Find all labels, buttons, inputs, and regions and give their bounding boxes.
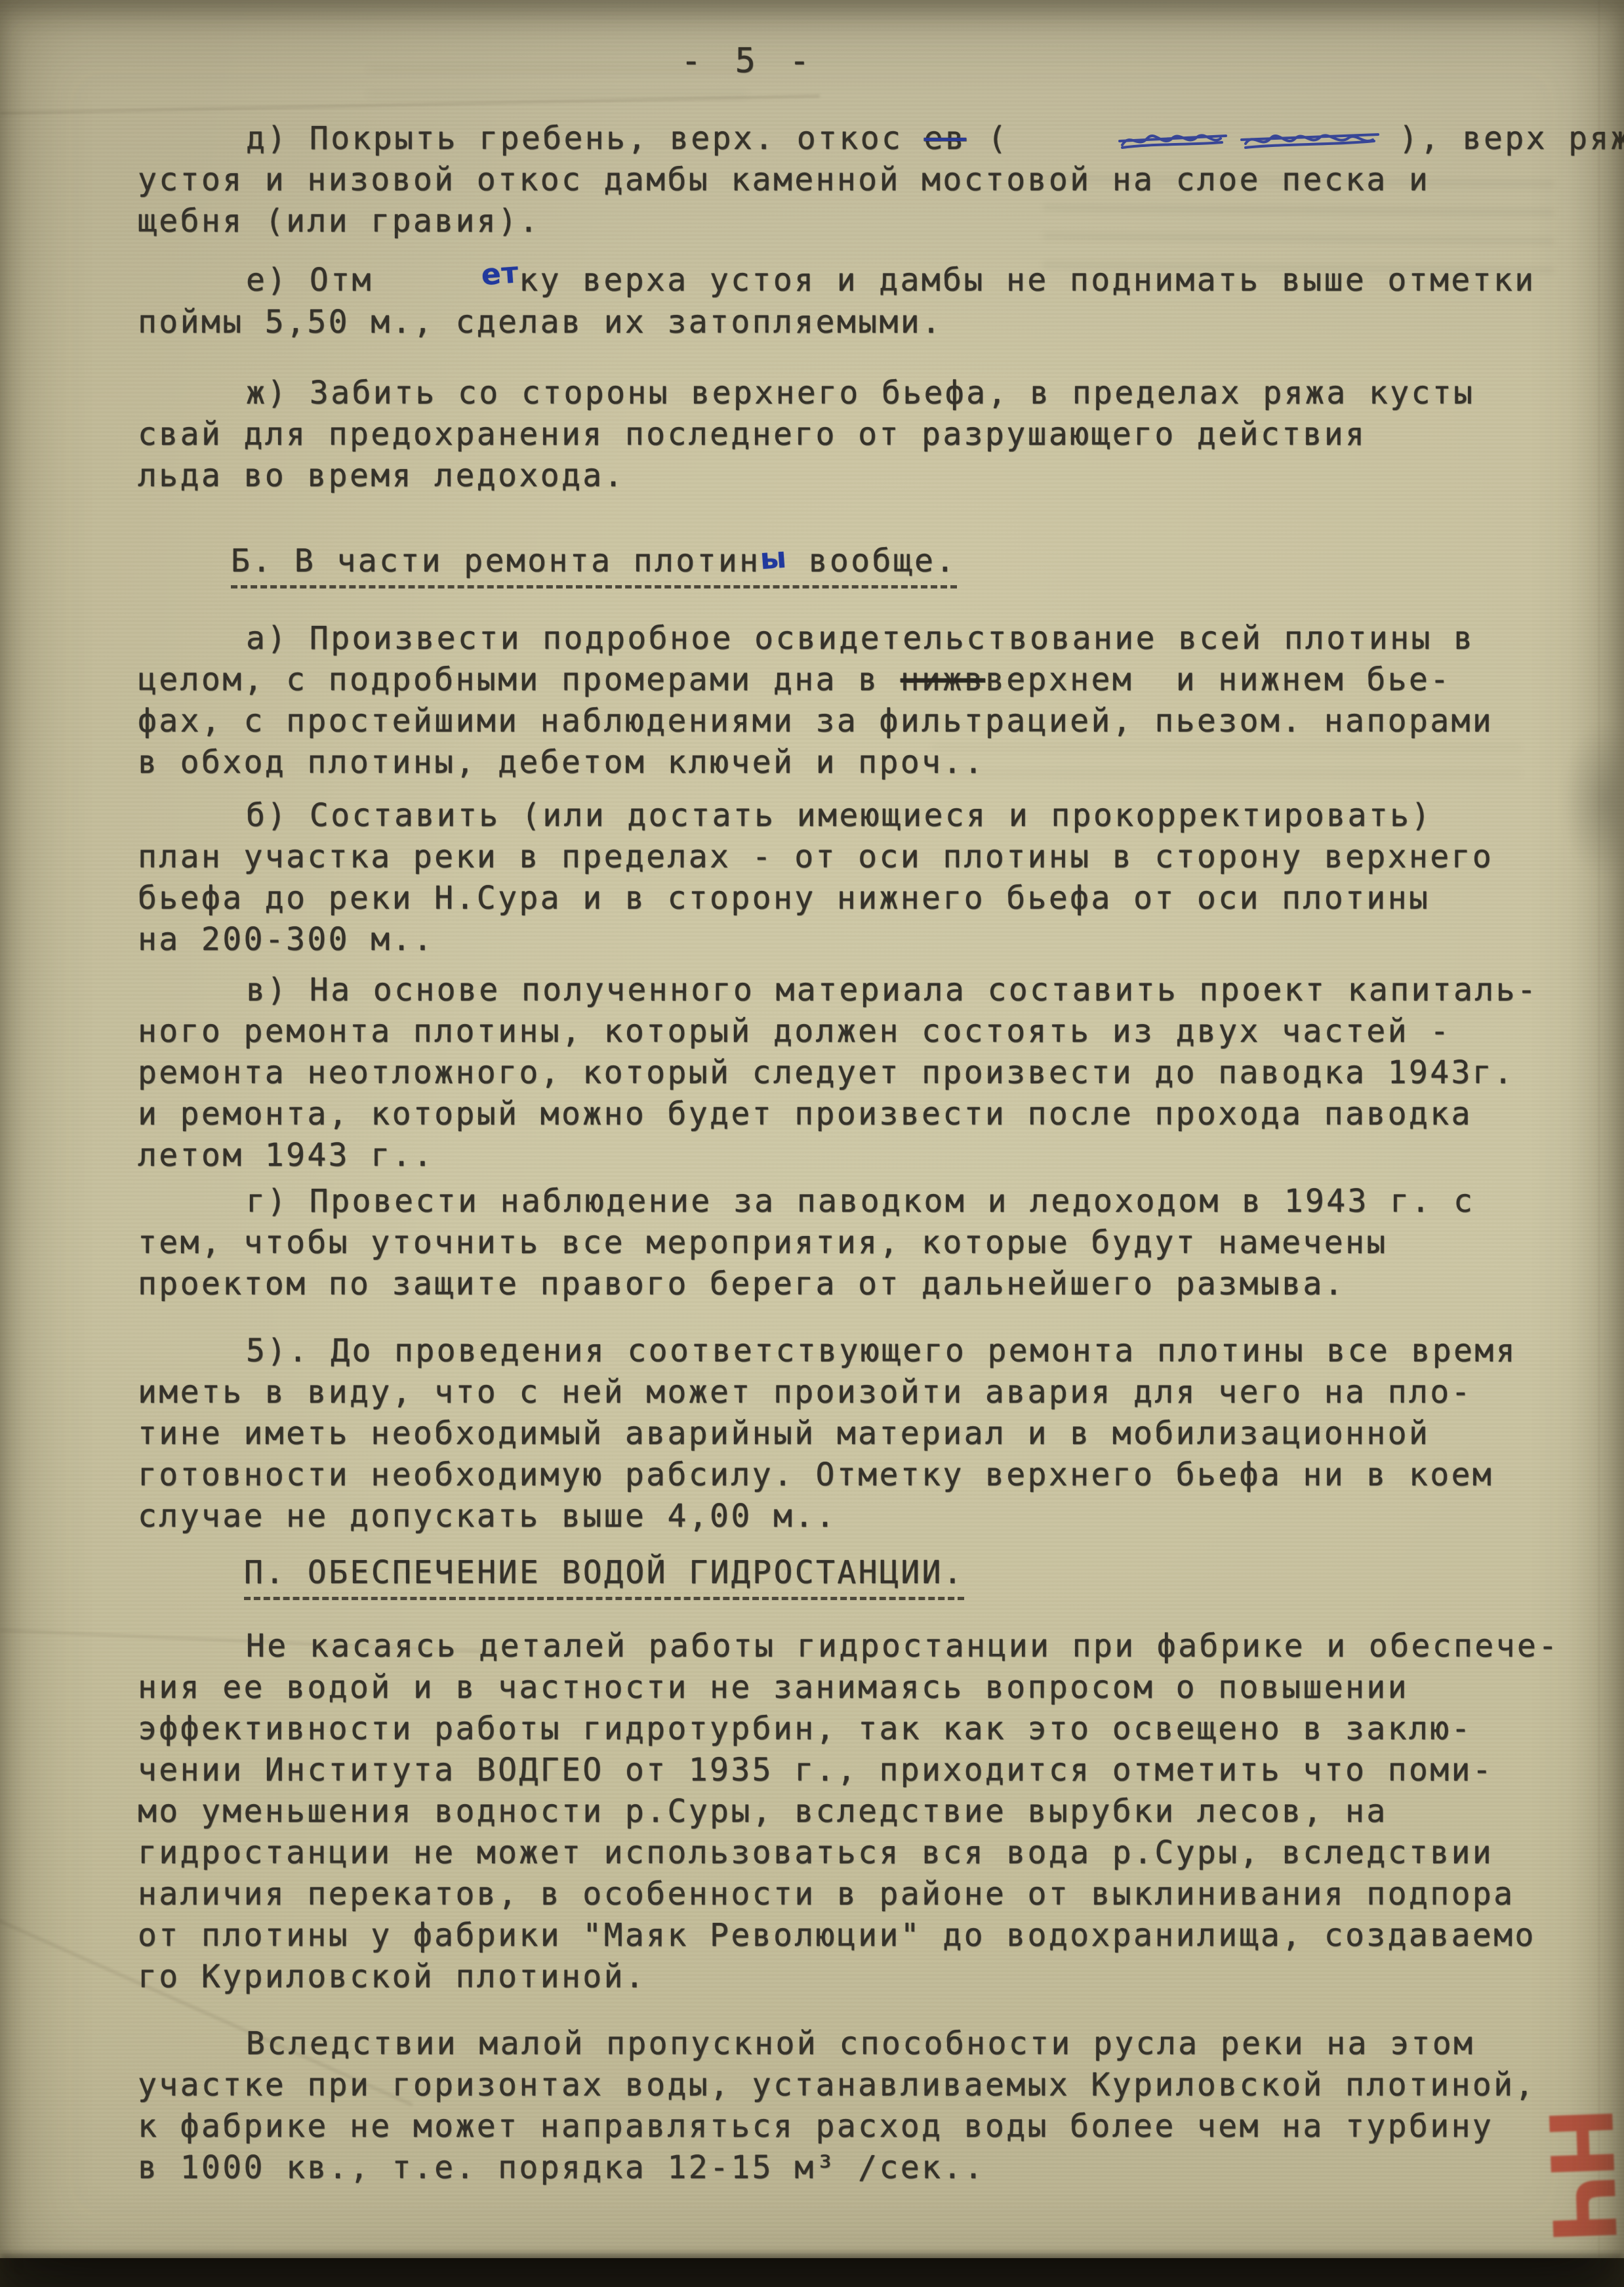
paper-crease xyxy=(0,95,820,114)
item-d-struck-typo: ев xyxy=(924,120,967,157)
section-heading-b: Б. В части ремонта плотины вообще. xyxy=(231,541,1624,583)
paragraph-water-supply: Не касаясь деталей работы гидростанции п… xyxy=(138,1626,1574,1998)
item-e-lead: е) Отм xyxy=(246,262,373,299)
paragraph-item-a: а) Произвести подробное освидетельствова… xyxy=(138,618,1574,783)
page-number: - 5 - xyxy=(681,41,817,82)
heading-p-text: П. ОБЕСПЕЧЕНИЕ ВОДОЙ ГИДРОСТАНЦИИ. xyxy=(244,1554,964,1600)
handwritten-insert-y: ы xyxy=(759,537,788,581)
paragraph-item-g: г) Провести наблюдение за паводком и лед… xyxy=(138,1181,1574,1305)
scanned-document-page: - 5 - д) Покрыть гребень, верх. откос ев… xyxy=(0,0,1624,2287)
item-d-open-paren: ( xyxy=(966,120,1009,157)
item-a-struck-typo: нижв xyxy=(901,661,985,698)
paragraph-item-d: д) Покрыть гребень, верх. откос ев (), в… xyxy=(138,118,1574,242)
paragraph-item-e: е) Отметку верха устоя и дамбы не подним… xyxy=(138,260,1574,343)
scan-edge-band xyxy=(0,2258,1624,2287)
paragraph-item-5: 5). До проведения соответствующего ремон… xyxy=(138,1330,1574,1537)
paragraph-item-b: б) Составить (или достать имеющиеся и пр… xyxy=(138,795,1574,960)
red-pencil-archive-mark: НЧ xyxy=(1528,2105,1624,2240)
paragraph-item-zh: ж) Забить со стороны верхнего бьефа, в п… xyxy=(138,373,1574,497)
paragraph-item-v: в) На основе полученного материала соста… xyxy=(138,970,1574,1176)
paper-crease xyxy=(1598,0,1600,2287)
paragraph-flow-capacity: Вследствии малой пропускной способности … xyxy=(138,2023,1574,2189)
handwritten-insert-et: ет xyxy=(372,252,520,303)
section-heading-p: П. ОБЕСПЕЧЕНИЕ ВОДОЙ ГИДРОСТАНЦИИ. xyxy=(244,1552,1624,1594)
heading-b-tail: вообще. xyxy=(787,543,956,579)
item-d-lead: д) Покрыть гребень, верх. откос xyxy=(246,120,924,157)
heading-b-lead: Б. В части ремонта плотин xyxy=(231,543,760,579)
handwritten-strikeout-scribble xyxy=(1009,118,1399,159)
